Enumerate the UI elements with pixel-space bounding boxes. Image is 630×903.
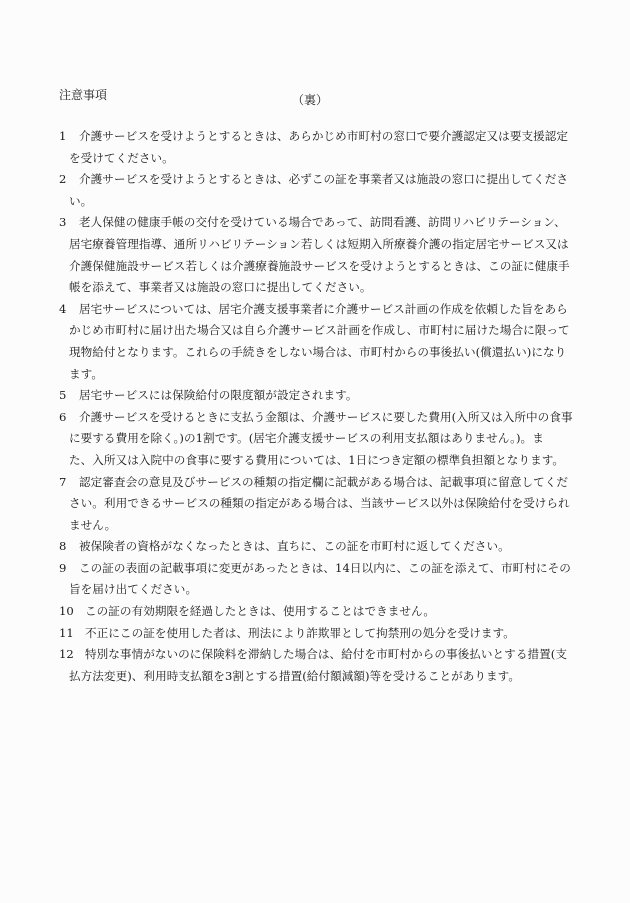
note-item: 8被保険者の資格がなくなったときは、直ちに、この証を市町村に返してください。 xyxy=(59,536,575,558)
side-label-text: （裏） xyxy=(292,93,328,107)
note-item: 1介護サービスを受けようとするときは、あらかじめ市町村の窓口で要介護認定又は要支… xyxy=(59,126,575,169)
note-text-line: 居宅サービスには保険給付の限度額が設定されます。 xyxy=(79,388,358,402)
note-item: 3老人保健の健康手帳の交付を受けている場合であって、訪問看護、訪問リハビリテーシ… xyxy=(59,212,575,298)
note-item: 5居宅サービスには保険給付の限度額が設定されます。 xyxy=(59,385,575,407)
note-text-line: に要する費用を除く。)の1割です。(居宅介護支援サービスの利用支払額はありません… xyxy=(69,428,575,450)
note-text-line: 居宅サービスについては、居宅介護支援事業者に介護サービス計画の作成を依頼した旨を… xyxy=(79,302,568,316)
note-number: 10 xyxy=(59,601,85,623)
note-text-line: 被保険者の資格がなくなったときは、直ちに、この証を市町村に返してください。 xyxy=(79,539,510,553)
note-item: 6介護サービスを受けるときに支払う金額は、介護サービスに要した費用(入所又は入所… xyxy=(59,407,575,472)
note-text-line: ます。 xyxy=(69,364,575,386)
note-text-line: 帳を添えて、事業者又は施設の窓口に提出してください。 xyxy=(69,277,575,299)
note-text-line: ません。 xyxy=(69,515,575,537)
note-text-line: 介護サービスを受けるときに支払う金額は、介護サービスに要した費用(入所又は入所中… xyxy=(79,410,573,424)
note-number: 1 xyxy=(59,126,79,148)
note-item: 4居宅サービスについては、居宅介護支援事業者に介護サービス計画の作成を依頼した旨… xyxy=(59,299,575,385)
note-number: 3 xyxy=(59,212,79,234)
note-text-line: を受けてください。 xyxy=(69,148,575,170)
note-text-line: 老人保健の健康手帳の交付を受けている場合であって、訪問看護、訪問リハビリテーショ… xyxy=(79,215,566,229)
note-number: 9 xyxy=(59,558,79,580)
note-text-line: 旨を届け出てください。 xyxy=(69,579,575,601)
note-text-line: 認定審査会の意見及びサービスの種類の指定欄に記載がある場合は、記載事項に留意して… xyxy=(79,475,568,489)
note-number: 4 xyxy=(59,299,79,321)
note-text-line: この証の表面の記載事項に変更があったときは、14日以内に、この証を添えて、市町村… xyxy=(79,561,571,575)
note-item: 10この証の有効期限を経過したときは、使用することはできません。 xyxy=(59,601,575,623)
note-text-line: た、入所又は入院中の食事に要する費用については、1日につき定額の標準負担額となり… xyxy=(69,450,575,472)
note-text-line: 介護サービスを受けようとするときは、あらかじめ市町村の窓口で要介護認定又は要支援… xyxy=(79,129,568,143)
note-text-line: さい。利用できるサービスの種類の指定がある場合は、当該サービス以外は保険給付を受… xyxy=(69,493,575,515)
note-item: 12特別な事情がないのに保険料を滞納した場合は、給付を市町村からの事後払いとする… xyxy=(59,644,575,687)
note-number: 11 xyxy=(59,623,85,645)
note-text-line: 現物給付となります。これらの手続きをしない場合は、市町村からの事後払い(償還払い… xyxy=(69,342,575,364)
note-number: 5 xyxy=(59,385,79,407)
note-number: 8 xyxy=(59,536,79,558)
note-item: 11不正にこの証を使用した者は、刑法により詐欺罪として拘禁刑の処分を受けます。 xyxy=(59,623,575,645)
note-text-line: い。 xyxy=(69,191,575,213)
note-number: 12 xyxy=(59,644,85,666)
note-number: 2 xyxy=(59,169,79,191)
note-text-line: 不正にこの証を使用した者は、刑法により詐欺罪として拘禁刑の処分を受けます。 xyxy=(85,626,515,640)
note-text-line: 居宅療養管理指導、通所リハビリテーション若しくは短期入所療養介護の指定居宅サービ… xyxy=(69,234,575,256)
note-number: 6 xyxy=(59,407,79,429)
note-item: 2介護サービスを受けようとするときは、必ずこの証を事業者又は施設の窓口に提出して… xyxy=(59,169,575,212)
note-item: 9この証の表面の記載事項に変更があったときは、14日以内に、この証を添えて、市町… xyxy=(59,558,575,601)
note-item: 7認定審査会の意見及びサービスの種類の指定欄に記載がある場合は、記載事項に留意し… xyxy=(59,472,575,537)
note-number: 7 xyxy=(59,472,79,494)
notes-list: 1介護サービスを受けようとするときは、あらかじめ市町村の窓口で要介護認定又は要支… xyxy=(59,126,575,687)
note-text-line: 介護サービスを受けようとするときは、必ずこの証を事業者又は施設の窓口に提出してく… xyxy=(79,172,568,186)
section-title: 注意事項 xyxy=(59,87,107,103)
note-text-line: 介護保健施設サービス若しくは介護療養施設サービスを受けようとするときは、この証に… xyxy=(69,256,575,278)
note-text-line: かじめ市町村に届け出た場合又は自ら介護サービス計画を作成し、市町村に届けた場合に… xyxy=(69,320,575,342)
note-text-line: 特別な事情がないのに保険料を滞納した場合は、給付を市町村からの事後払いとする措置… xyxy=(85,647,567,661)
note-text-line: 払方法変更)、利用時支払額を3割とする措置(給付額減額)等を受けることがあります… xyxy=(69,666,575,688)
note-text-line: この証の有効期限を経過したときは、使用することはできません。 xyxy=(85,604,435,618)
